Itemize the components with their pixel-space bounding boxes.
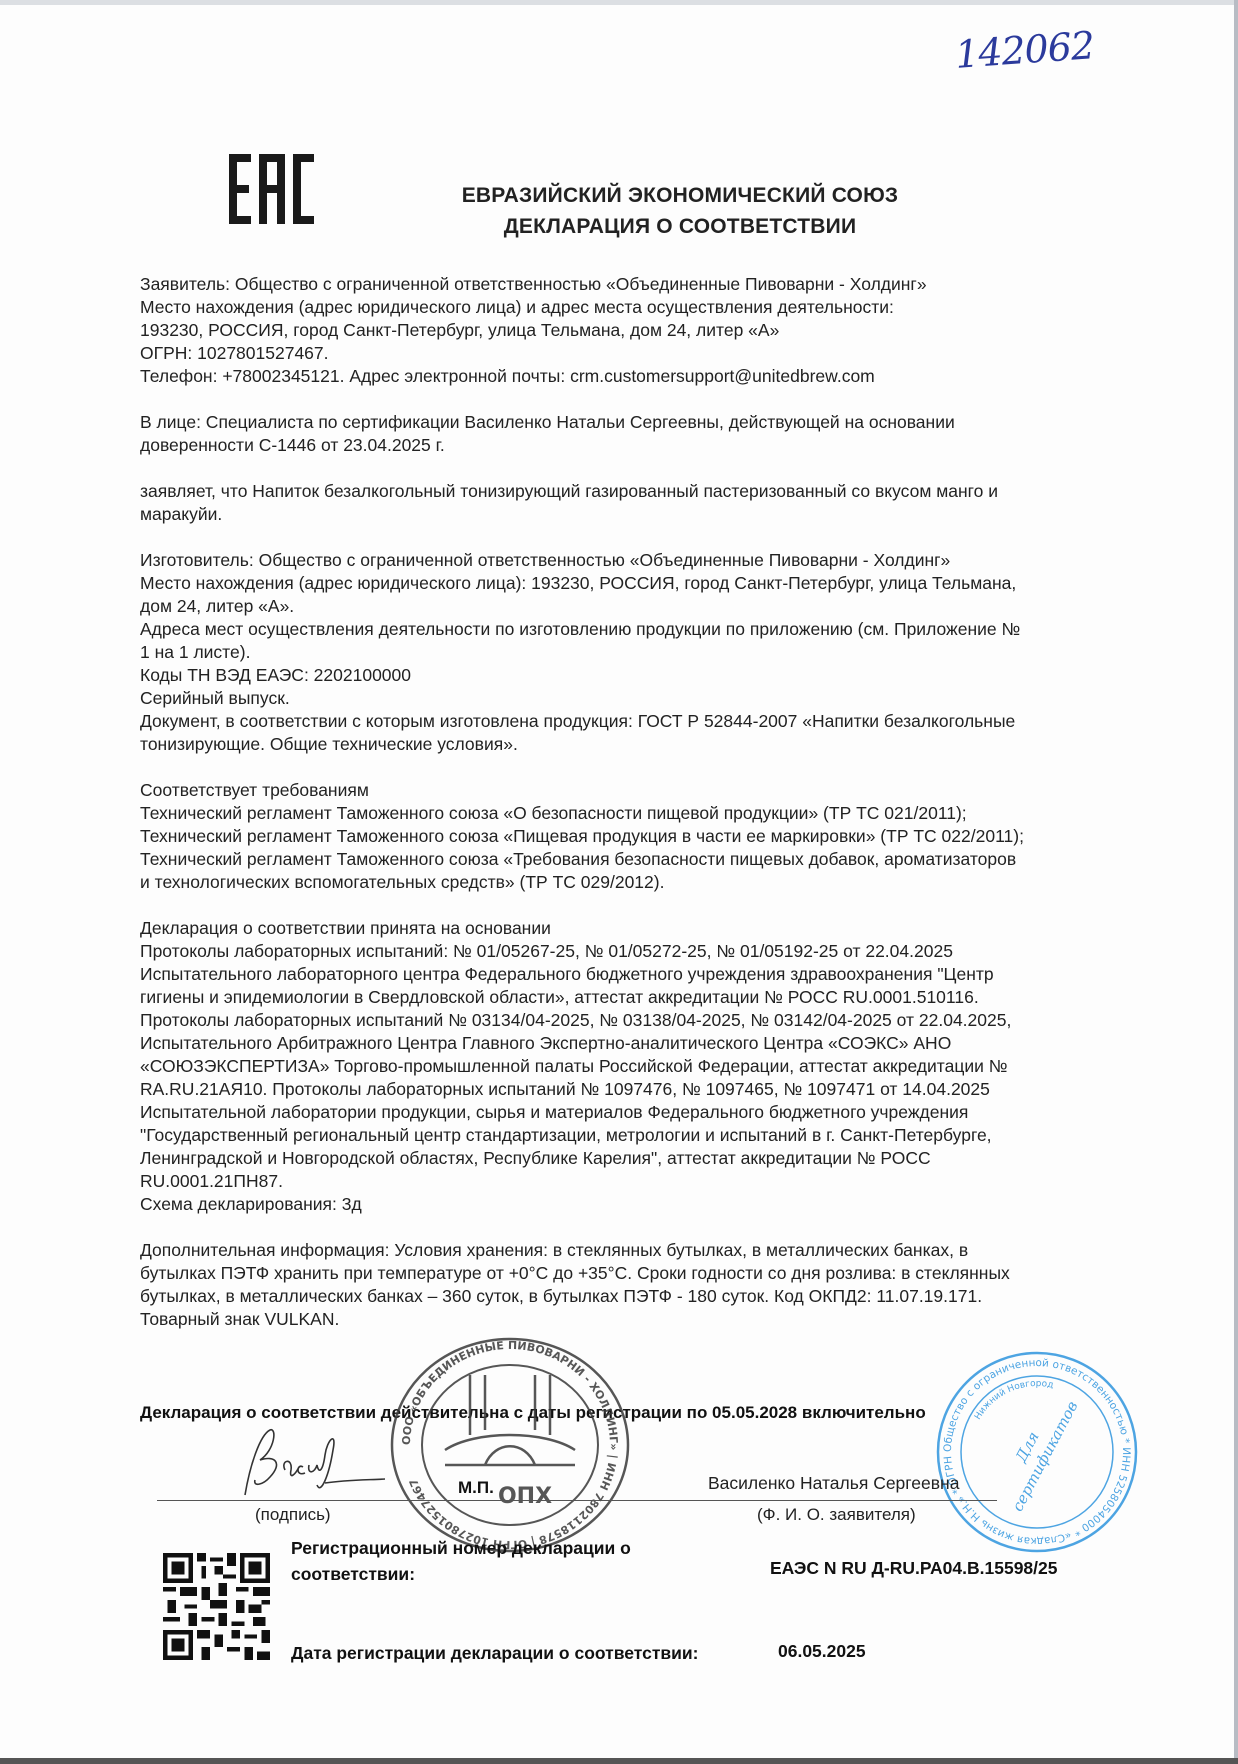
- stamp-mark: М.П.: [458, 1478, 494, 1498]
- manufacturer-line: Серийный выпуск.: [140, 687, 1150, 710]
- registration-date-label: Дата регистрации декларации о соответств…: [291, 1643, 699, 1664]
- basis-line: Ленинградской и Новгородской областях, Р…: [140, 1147, 1150, 1170]
- stamp-center-text: ОПХ: [498, 1484, 552, 1509]
- registration-number-label-line: соответствии:: [291, 1561, 631, 1587]
- scan-right-edge: [1234, 0, 1238, 1764]
- basis-line: Протоколы лабораторных испытаний № 03134…: [140, 1009, 1150, 1032]
- document-title: ДЕКЛАРАЦИЯ О СООТВЕТСТВИИ: [420, 211, 940, 242]
- signature-line: [157, 1500, 997, 1501]
- manufacturer-line: 1 на 1 листе).: [140, 641, 1150, 664]
- manufacturer-line: Изготовитель: Общество с ограниченной от…: [140, 549, 1150, 572]
- basis-line: RA.RU.21АЯ10. Протоколы лабораторных исп…: [140, 1078, 1150, 1101]
- company-stamp-icon: ООО «ОБЪЕДИНЕННЫЕ ПИВОВАРНИ - ХОЛДИНГ» |…: [385, 1335, 635, 1555]
- applicant-name-label: (Ф. И. О. заявителя): [757, 1505, 916, 1525]
- basis-line: RU.0001.21ПН87.: [140, 1170, 1150, 1193]
- signature-icon: [225, 1425, 395, 1505]
- qr-code-icon[interactable]: [163, 1553, 270, 1660]
- svg-text:ООО «ОБЪЕДИНЕННЫЕ ПИВОВАРНИ -: ООО «ОБЪЕДИНЕННЫЕ ПИВОВАРНИ - ХОЛДИНГ» |…: [400, 1339, 620, 1551]
- certification-stamp-icon: Общество с ограниченной ответственностью…: [935, 1350, 1140, 1555]
- manufacturer-line: тонизирующие. Общие технические условия»…: [140, 733, 1150, 756]
- requirements-line: Соответствует требованиям: [140, 779, 1150, 802]
- union-title: ЕВРАЗИЙСКИЙ ЭКОНОМИЧЕСКИЙ СОЮЗ: [420, 180, 940, 211]
- manufacturer-line: Адреса мест осуществления деятельности п…: [140, 618, 1150, 641]
- registration-number-label-line: Регистрационный номер декларации о: [291, 1535, 631, 1561]
- additional-info-line: Товарный знак VULKAN.: [140, 1308, 1150, 1331]
- requirements-line: и технологических вспомогательных средст…: [140, 871, 1150, 894]
- manufacturer-line: Место нахождения (адрес юридического лиц…: [140, 572, 1150, 595]
- additional-info-line: Дополнительная информация: Условия хране…: [140, 1239, 1150, 1262]
- manufacturer-section: Изготовитель: Общество с ограниченной от…: [140, 549, 1150, 756]
- applicant-line: 193230, РОССИЯ, город Санкт-Петербург, у…: [140, 319, 1150, 342]
- applicant-line: Телефон: +78002345121. Адрес электронной…: [140, 365, 1150, 388]
- basis-section: Декларация о соответствии принята на осн…: [140, 917, 1150, 1216]
- requirements-line: Технический регламент Таможенного союза …: [140, 825, 1150, 848]
- registration-number-label: Регистрационный номер декларации о соотв…: [291, 1535, 631, 1587]
- additional-info-line: бутылках, в металлических банках – 360 с…: [140, 1285, 1150, 1308]
- manufacturer-line: Коды ТН ВЭД ЕАЭС: 2202100000: [140, 664, 1150, 687]
- document-body: Заявитель: Общество с ограниченной ответ…: [140, 273, 1150, 1331]
- basis-line: Испытательной лаборатории продукции, сыр…: [140, 1101, 1150, 1124]
- registration-number: ЕАЭС N RU Д-RU.РА04.В.15598/25: [770, 1558, 1058, 1579]
- basis-line: Испытательного Арбитражного Центра Главн…: [140, 1032, 1150, 1055]
- basis-line: Схема декларирования: 3д: [140, 1193, 1150, 1216]
- registration-date: 06.05.2025: [778, 1641, 866, 1662]
- representative-section: В лице: Специалиста по сертификации Васи…: [140, 411, 1150, 457]
- applicant-section: Заявитель: Общество с ограниченной ответ…: [140, 273, 1150, 388]
- manufacturer-line: Документ, в соответствии с которым изгот…: [140, 710, 1150, 733]
- basis-line: Декларация о соответствии принята на осн…: [140, 917, 1150, 940]
- requirements-line: Технический регламент Таможенного союза …: [140, 848, 1150, 871]
- declares-line: маракуйи.: [140, 503, 1150, 526]
- document-header: ЕВРАЗИЙСКИЙ ЭКОНОМИЧЕСКИЙ СОЮЗ ДЕКЛАРАЦИ…: [420, 180, 940, 242]
- requirements-section: Соответствует требованиям Технический ре…: [140, 779, 1150, 894]
- representative-line: В лице: Специалиста по сертификации Васи…: [140, 411, 1150, 434]
- basis-line: «СОЮЗЭКСПЕРТИЗА» Торгово-промышленной па…: [140, 1055, 1150, 1078]
- basis-line: Испытательного лабораторного центра Феде…: [140, 963, 1150, 986]
- scan-bottom-edge: [0, 1758, 1238, 1764]
- applicant-line: ОГРН: 1027801527467.: [140, 342, 1150, 365]
- eac-logo-icon: [229, 154, 314, 224]
- basis-line: "Государственный региональный центр стан…: [140, 1124, 1150, 1147]
- declares-section: заявляет, что Напиток безалкогольный тон…: [140, 480, 1150, 526]
- basis-line: Протоколы лабораторных испытаний: № 01/0…: [140, 940, 1150, 963]
- handwritten-number: 142062: [954, 23, 1096, 77]
- basis-line: гигиены и эпидемиологии в Свердловской о…: [140, 986, 1150, 1009]
- manufacturer-line: дом 24, литер «А».: [140, 595, 1150, 618]
- signature-label: (подпись): [255, 1505, 331, 1525]
- representative-line: доверенности С-1446 от 23.04.2025 г.: [140, 434, 1150, 457]
- requirements-line: Технический регламент Таможенного союза …: [140, 802, 1150, 825]
- applicant-line: Место нахождения (адрес юридического лиц…: [140, 296, 1150, 319]
- applicant-name: Василенко Наталья Сергеевна: [708, 1473, 959, 1494]
- declares-line: заявляет, что Напиток безалкогольный тон…: [140, 480, 1150, 503]
- scan-top-edge: [0, 0, 1238, 5]
- additional-info-line: бутылках ПЭТФ хранить при температуре от…: [140, 1262, 1150, 1285]
- applicant-line: Заявитель: Общество с ограниченной ответ…: [140, 273, 1150, 296]
- additional-info-section: Дополнительная информация: Условия хране…: [140, 1239, 1150, 1331]
